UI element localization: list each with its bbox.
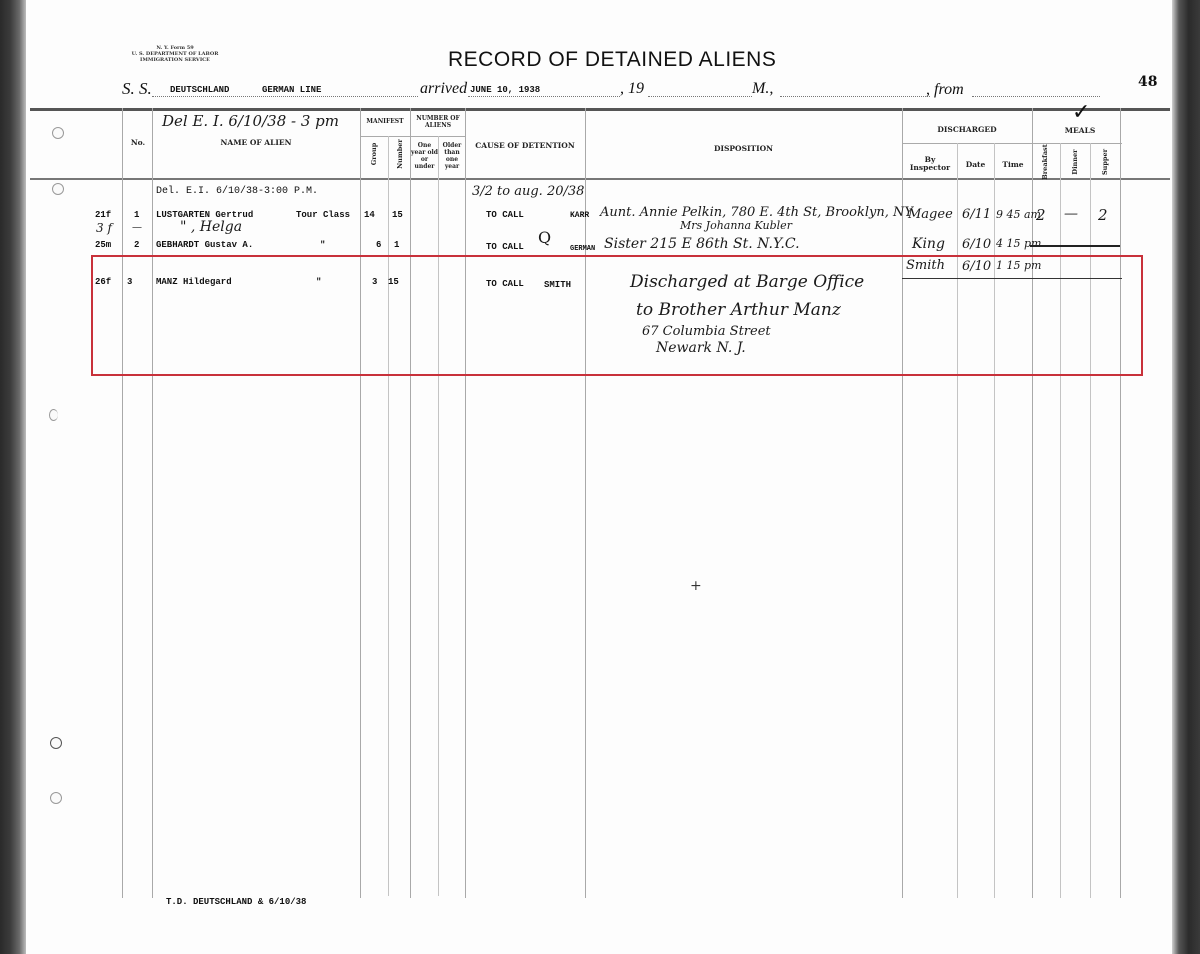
form-id: N. Y. Form 59 U. S. DEPARTMENT OF LABOR … — [130, 45, 220, 63]
form-id-line: IMMIGRATION SERVICE — [130, 57, 220, 63]
col-older-header: Older than one year — [439, 142, 465, 170]
typed-delivery-note: Del. E.I. 6/10/38-3:00 P.M. — [156, 186, 318, 197]
col-disposition-header: DISPOSITION — [585, 144, 902, 153]
col-meals-header: MEALS — [1050, 126, 1110, 135]
arrived-label: arrived — [420, 80, 467, 98]
row-date: 6/10 — [962, 237, 991, 252]
row-number: 15 — [392, 210, 403, 220]
row-name: " , Helga — [180, 219, 242, 235]
line-name: GERMAN LINE — [262, 85, 321, 95]
handwritten-header-note: Del E. I. 6/10/38 - 3 pm — [162, 112, 339, 130]
col-one-year-header: One year old or under — [411, 142, 438, 170]
row-class: " — [320, 240, 325, 250]
row-dinner: — — [1064, 206, 1078, 222]
row-group: 14 — [364, 210, 375, 220]
col-time-header: Time — [994, 160, 1032, 169]
col-discharged-header: DISCHARGED — [902, 125, 1032, 134]
row-cause: TO CALL — [486, 242, 524, 252]
footer-note: T.D. DEUTSCHLAND & 6/10/38 — [166, 897, 306, 907]
col-group-header: Group — [370, 136, 378, 172]
col-name-header: NAME OF ALIEN — [152, 138, 360, 147]
row-no: 1 — [134, 210, 139, 220]
grid-line — [388, 136, 389, 896]
punch-hole-icon — [52, 127, 64, 139]
row-disposition: Aunt. Annie Pelkin, 780 E. 4th St, Brook… — [600, 205, 913, 220]
row-class: Tour Class — [296, 210, 350, 220]
page-number: 48 — [1138, 74, 1157, 90]
row-disposition-line2: Mrs Johanna Kubler — [680, 219, 792, 232]
row-inspector: King — [912, 236, 945, 252]
row-no: 2 — [134, 240, 139, 250]
row-cause-mark: Q — [538, 228, 551, 247]
header-bottom-rule — [30, 178, 1170, 180]
col-dinner-header: Dinner — [1071, 139, 1079, 185]
crosshair-mark: + — [690, 578, 702, 594]
year-label: , 19 — [620, 80, 644, 98]
header-top-rule — [30, 108, 1170, 111]
from-field-line — [972, 96, 1100, 97]
row-called-by: GERMAN — [570, 245, 595, 253]
grid-line — [410, 108, 411, 898]
row-margin-code: 3 f — [96, 221, 112, 235]
row-inspector: Magee — [908, 207, 953, 222]
row-name: GEBHARDT Gustav A. — [156, 240, 253, 250]
left-binding-edge — [0, 0, 26, 954]
grid-line — [902, 108, 903, 898]
grid-line — [360, 108, 361, 898]
grid-line — [585, 108, 586, 898]
right-binding-edge — [1172, 0, 1200, 954]
document-page: N. Y. Form 59 U. S. DEPARTMENT OF LABOR … — [0, 0, 1200, 954]
col-cause-header: CAUSE OF DETENTION — [466, 141, 584, 150]
punch-hole-icon — [49, 409, 58, 421]
checkmark-icon: ✓ — [1072, 100, 1090, 125]
grid-line — [122, 108, 123, 898]
col-manifest-header: MANIFEST — [360, 118, 410, 125]
punch-hole-icon — [52, 183, 64, 195]
year-field-line — [648, 96, 752, 97]
row-number: 1 — [394, 240, 399, 250]
cause-date-note: 3/2 to aug. 20/38 — [472, 184, 584, 199]
arrived-date: JUNE 10, 1938 — [470, 85, 540, 95]
col-number-header: Number — [396, 136, 404, 172]
col-number-of-aliens-header: NUMBER OF ALIENS — [412, 115, 464, 129]
col-breakfast-header: Breakfast — [1041, 139, 1049, 185]
row-group: 6 — [376, 240, 381, 250]
row-time: 4 15 pm — [996, 237, 1041, 250]
grid-line — [465, 108, 466, 898]
row-breakfast: 2 — [1036, 206, 1046, 224]
row-cause: TO CALL — [486, 210, 524, 220]
row-supper: 2 — [1098, 206, 1108, 224]
col-date-header: Date — [957, 160, 994, 169]
grid-line — [1032, 108, 1033, 898]
m-label: M., — [752, 80, 773, 98]
ship-name: DEUTSCHLAND — [170, 85, 229, 95]
punch-hole-icon — [50, 737, 62, 749]
ship-field-line — [152, 96, 418, 97]
grid-line — [152, 108, 153, 898]
col-supper-header: Supper — [1101, 139, 1109, 185]
page-title: RECORD OF DETAINED ALIENS — [448, 48, 776, 72]
from-label: , from — [926, 81, 964, 99]
row-no: — — [132, 222, 142, 233]
col-by-inspector-header: By Inspector — [905, 156, 955, 172]
grid-line — [1120, 108, 1121, 898]
m-field-line — [780, 96, 930, 97]
row-margin-code: 25m — [95, 240, 111, 250]
col-no-header: No. — [124, 138, 152, 147]
grid-line — [438, 136, 439, 896]
row-date: 6/11 — [962, 207, 991, 222]
row-called-by: KARR — [570, 211, 589, 220]
highlight-box — [91, 255, 1143, 376]
punch-hole-icon — [50, 792, 62, 804]
arrived-field-line — [468, 96, 620, 97]
row-time: 9 45 am — [996, 208, 1041, 221]
ditto-line — [1030, 245, 1120, 247]
row-margin-code: 21f — [95, 210, 111, 220]
discharged-sub-rule — [902, 143, 1122, 144]
row-disposition: Sister 215 E 86th St. N.Y.C. — [604, 236, 800, 252]
ss-label: S. S. — [122, 79, 152, 99]
